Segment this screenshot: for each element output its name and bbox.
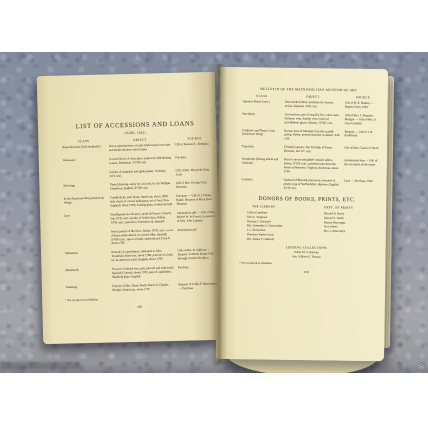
row-object: Flemish tapestry, The Triumph of Fame; B…: [284, 146, 340, 155]
row-object: Covered bowl of clear glass, engraved wi…: [109, 156, 171, 165]
column-header-source: SOURCE: [344, 96, 382, 100]
donor-name: Mrs. William S. Thomas: [239, 254, 373, 260]
row-source: Anonymous loan — Gift of the executors o…: [343, 159, 381, 175]
right-column-headers: CLASS OBJECT SOURCE: [242, 95, 376, 100]
row-object: Covered jars, pair, K'ang Hsi five-color…: [284, 113, 340, 126]
photo-frame: LIST OF ACCESSIONS AND LOANS (JUNE, 1922…: [0, 0, 428, 428]
row-object: Needlepoint lace flounce, point de Franc…: [111, 212, 173, 225]
row-object: Goblet of enameled and gilded glass; Ven…: [109, 169, 171, 178]
left-column-headers: CLASS OBJECT SOURCE: [61, 137, 209, 144]
row-object: Portrait of Mrs. Henry North Ward, by Ch…: [112, 283, 174, 292]
row-object: Tankard of Rhenish stoneware, mounted in…: [284, 179, 340, 192]
accession-row: Seven panels of filet lace; Italian, XVI…: [64, 228, 212, 247]
library-heading: THE LIBRARY: [247, 205, 307, 210]
row-object: Tinted drawing, study for a facade, by S…: [110, 182, 172, 191]
accession-row: Lace Needlepoint lace flounce, point de …: [63, 211, 211, 226]
donor-name: Bryson Burroughs: [324, 221, 374, 226]
accession-row: Paintings Portrait of Mrs. Henry North W…: [65, 282, 213, 294]
left-page-title: LIST OF ACCESSIONS AND LOANS: [61, 119, 209, 131]
donor-name: Mrs. J. Allen Peck: [324, 229, 374, 234]
row-object: Seven reproductions of early Irish bronz…: [109, 143, 171, 152]
donor-name: Carlos Castellane: [247, 211, 307, 216]
right-page-running-head: BULLETIN OF THE METROPOLITAN MUSEUM OF A…: [242, 87, 376, 92]
accession-row: Reproductions (Galvanoplastic) Seven rep…: [61, 143, 209, 155]
accession-row: Ceramics Tankard of Rhenish stoneware, m…: [240, 178, 374, 192]
book-gutter-shadow: [210, 64, 227, 364]
accession-row: Porcelains Covered jars, pair, K'ang Hsi…: [241, 113, 375, 127]
row-class: Japanese Prints (cont.): [241, 100, 281, 108]
photo-of-open-book: LIST OF ACCESSIONS AND LOANS (JUNE, 1922…: [0, 52, 428, 373]
donor-name: Mrs. Samantha C. Dunscombe: [247, 224, 307, 229]
row-class: Tapestries: [241, 145, 281, 153]
row-object: Bronze bust of Abraham Lincoln; marble g…: [284, 130, 340, 143]
accession-row: Woodwork (Dining Room and Colonial) Pair…: [241, 158, 375, 176]
lending-collections-names: Emily M. A. Barnum Mrs. William S. Thoma…: [239, 250, 373, 261]
accession-row: In the American Wing (American Wing) Can…: [63, 194, 211, 209]
left-page-number: 138: [65, 303, 213, 310]
row-class: Porcelains: [241, 113, 281, 125]
accession-row: Miniatures Portrait of a gentleman, attr…: [64, 249, 212, 264]
column-header-class: CLASS: [242, 95, 282, 99]
donor-name: Ivo Lederer: [324, 225, 374, 230]
accession-row: Japanese Prints (cont.) One hundred thir…: [241, 100, 375, 110]
row-object: One hundred thirty surimono by various a…: [285, 101, 341, 110]
row-class: Miniatures: [64, 251, 109, 264]
row-class: Sculpture and Plaster Casts (American Wi…: [241, 129, 281, 141]
left-page: LIST OF ACCESSIONS AND LOANS (JUNE, 1922…: [37, 72, 221, 344]
left-page-footnote: * Not yet placed on exhibition.: [65, 295, 213, 302]
row-object: Sconces of tinned iron, pair, pierced an…: [112, 266, 174, 279]
donor-name: Edward R. Hardy: [324, 212, 374, 217]
photo-watermark-left: [0, 362, 80, 369]
prints-heading: DEPT. OF PRINTS: [324, 206, 374, 211]
left-page-subtitle: (JUNE, 1922): [61, 130, 209, 137]
column-header-object: OBJECT: [109, 138, 171, 143]
right-page-footnote: * Not yet placed on exhibition.: [239, 261, 373, 266]
row-class: [62, 171, 107, 180]
accession-row: Goblet of enameled and gilded glass; Ven…: [62, 168, 210, 180]
accession-row: Metalwork Sconces of tinned iron, pair, …: [64, 265, 212, 280]
row-class: In the American Wing (American Wing): [63, 197, 108, 210]
row-source: Loan — Purchase, 1922: [343, 179, 381, 191]
row-object: Candlesticks, pair, brass; American, abo…: [110, 195, 172, 208]
row-object: Pair of carved and gilded console tables…: [284, 158, 340, 175]
row-object: Seven panels of filet lace; Italian, XVI…: [111, 229, 174, 246]
row-class: Glassware: [62, 158, 107, 167]
donor-name: J. L. Kernochan: [247, 228, 307, 233]
row-source: Gift of Mrs. Charles F. Beck: [343, 147, 381, 155]
donor-columns: THE LIBRARY Carlos Castellane John C. Fe…: [240, 205, 374, 243]
donors-section-title: DONORS OF BOOKS, PRINTS, ETC.: [240, 196, 374, 203]
donor-name: Mrs. James T. Caldwell: [247, 237, 307, 242]
row-class: Woodwork (Dining Room and Colonial): [241, 158, 281, 174]
donor-name: Theodore Wesley Koch: [247, 233, 307, 238]
accession-row: Tapestries Flemish tapestry, The Triumph…: [241, 145, 375, 155]
donor-name: Emily M. A. Barnum: [239, 250, 373, 256]
row-class: Reproductions (Galvanoplastic): [61, 145, 106, 154]
row-class: Drawings: [62, 184, 107, 193]
row-class: Ceramics: [240, 178, 280, 190]
right-page: BULLETIN OF THE METROPOLITAN MUSEUM OF A…: [216, 67, 388, 361]
accession-row: Drawings Tinted drawing, study for a fac…: [62, 181, 210, 193]
row-object: Portrait of a gentleman, attributed to J…: [111, 250, 173, 263]
donor-name: John C. Ferguson: [247, 215, 307, 220]
row-source: Gift of Mrs. J. Pierpont Morgan — Gift o…: [344, 114, 382, 126]
row-source: Bequest — Gift of J. R. Kaufmann: [343, 130, 381, 142]
row-class: [64, 230, 109, 247]
library-donors-column: THE LIBRARY Carlos Castellane John C. Fe…: [240, 205, 308, 242]
row-class: Metalwork: [64, 268, 109, 281]
photo-watermark-icon: ✻: [417, 363, 425, 372]
lending-collections-heading: LENDING COLLECTIONS: [240, 246, 374, 251]
accession-row: Sculpture and Plaster Casts (American Wi…: [241, 129, 375, 143]
donor-name: Norman T. Pritchard: [247, 220, 307, 225]
column-header-object: OBJECT: [285, 95, 341, 99]
prints-donors-column: DEPT. OF PRINTS Edward R. Hardy Edward S…: [307, 206, 375, 243]
donor-name: Edward S. Smith: [324, 216, 374, 221]
accession-row: Glassware Covered bowl of clear glass, e…: [62, 155, 210, 167]
right-page-number: 139: [239, 269, 373, 274]
row-class: Paintings: [65, 285, 110, 294]
row-class: Lace: [63, 214, 108, 227]
row-source: Gift of H. R. Bishop — Rogers Fund, 1922: [344, 102, 382, 110]
column-header-class: CLASS: [61, 140, 105, 144]
